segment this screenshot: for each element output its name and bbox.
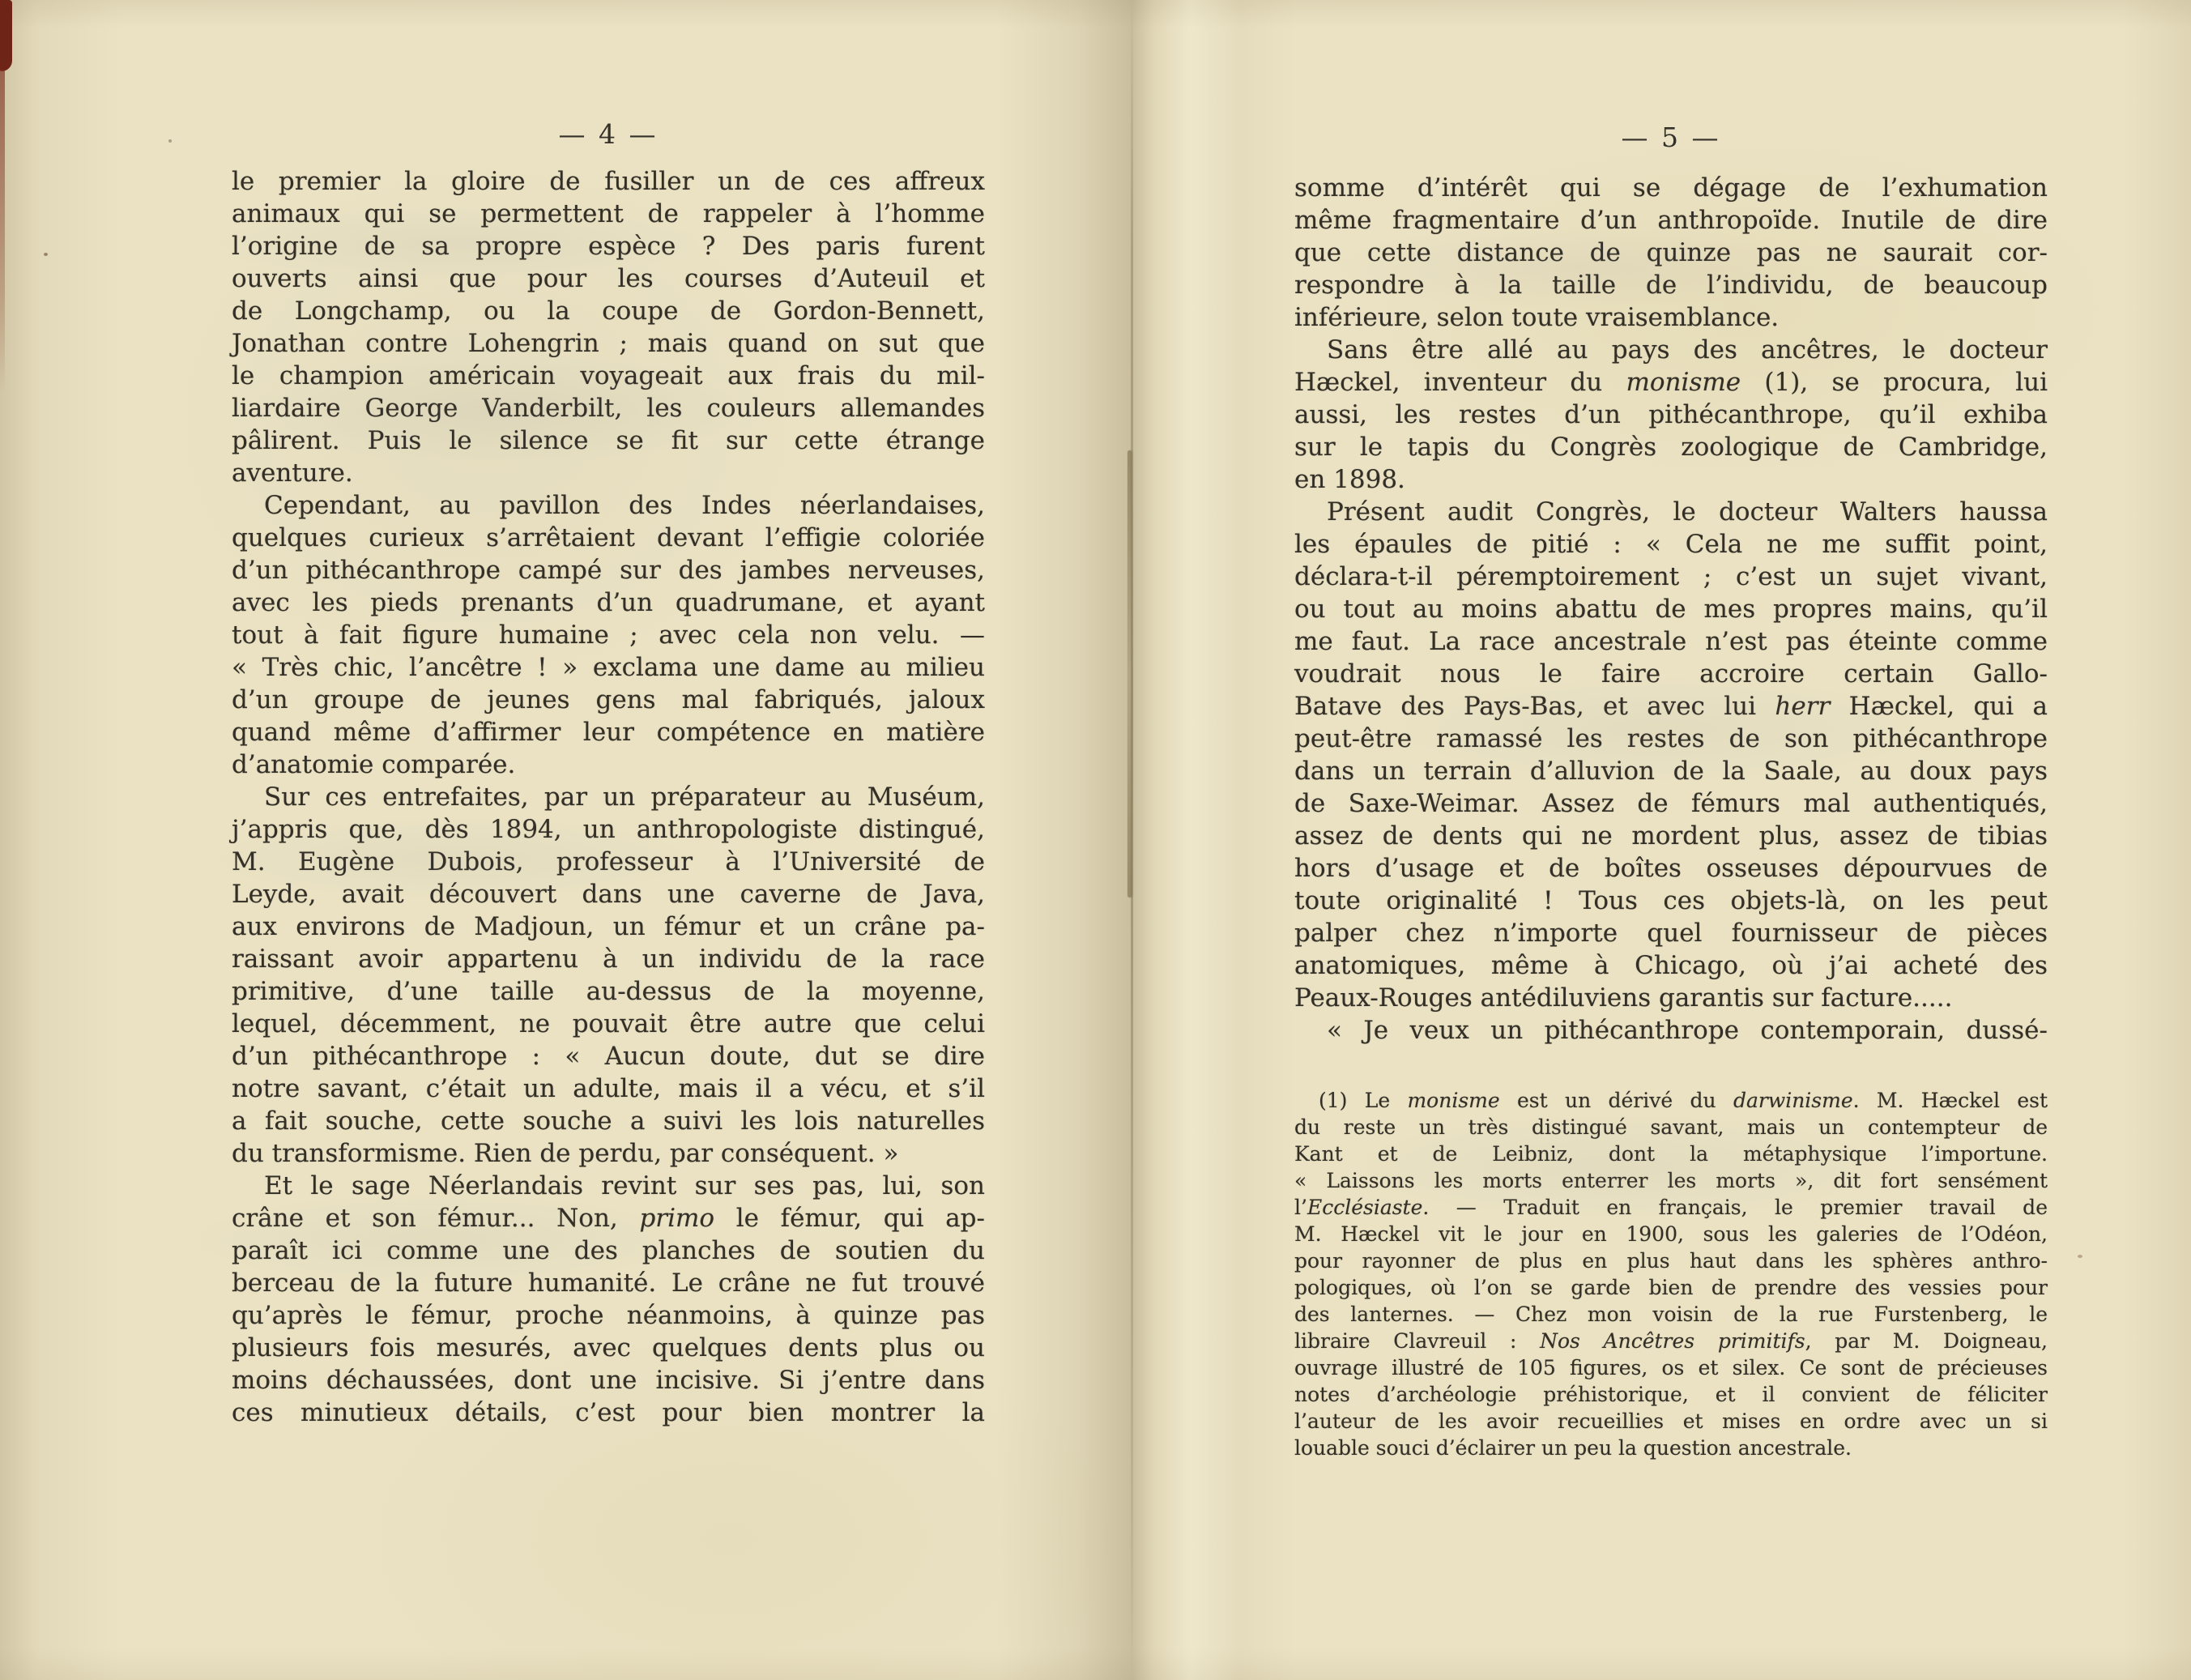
- binding-thread: [1127, 450, 1132, 898]
- text-line: ouverts ainsi que pour les courses d’Aut…: [232, 262, 985, 295]
- page-number-right: — 5 —: [1294, 122, 2048, 153]
- cover-edge-mark: [0, 0, 12, 71]
- footnote: (1) Le monisme est un dérivé du darwinis…: [1294, 1087, 2048, 1461]
- text-line: sur le tapis du Congrès zoologique de Ca…: [1294, 431, 2048, 463]
- page-number-left: — 4 —: [232, 118, 985, 150]
- text-line: Présent audit Congrès, le docteur Walter…: [1294, 496, 2048, 528]
- text-line: a fait souche, cette souche a suivi les …: [232, 1105, 985, 1137]
- text-line: d’anatomie comparée.: [232, 748, 985, 781]
- text-line: raissant avoir appartenu à un individu d…: [232, 943, 985, 975]
- text-line: pour rayonner de plus en plus haut dans …: [1294, 1247, 2048, 1274]
- text-line: du transformisme. Rien de perdu, par con…: [232, 1137, 985, 1170]
- text-line: M. Hæckel vit le jour en 1900, sous les …: [1294, 1221, 2048, 1247]
- text-line: même fragmentaire d’un anthropoïde. Inut…: [1294, 204, 2048, 237]
- text-line: pologiques, où l’on se garde bien de pre…: [1294, 1274, 2048, 1301]
- paragraph: le premier la gloire de fusiller un de c…: [232, 165, 985, 489]
- text-line: lequel, décemment, ne pouvait être autre…: [232, 1008, 985, 1040]
- text-line: Jonathan contre Lohengrin ; mais quand o…: [232, 327, 985, 360]
- text-line: quand même d’affirmer leur compétence en…: [232, 716, 985, 748]
- page-5-text-column: somme d’intérêt qui se dégage de l’exhum…: [1294, 172, 2048, 1047]
- text-line: peut-être ramassé les restes de son pith…: [1294, 723, 2048, 755]
- text-line: d’un pithécanthrope : « Aucun doute, dut…: [232, 1040, 985, 1072]
- text-line: ou tout au moins abattu de mes propres m…: [1294, 593, 2048, 625]
- text-line: des lanternes. — Chez mon voisin de la r…: [1294, 1301, 2048, 1328]
- text-line: les épaules de pitié : « Cela ne me suff…: [1294, 528, 2048, 561]
- text-line: pâlirent. Puis le silence se fit sur cet…: [232, 424, 985, 457]
- text-line: moins déchaussées, dont une incisive. Si…: [232, 1364, 985, 1396]
- paragraph: Présent audit Congrès, le docteur Walter…: [1294, 496, 2048, 1014]
- text-line: somme d’intérêt qui se dégage de l’exhum…: [1294, 172, 2048, 204]
- text-line: libraire Clavreuil : Nos Ancêtres primit…: [1294, 1328, 2048, 1354]
- text-line: d’un pithécanthrope campé sur des jambes…: [232, 554, 985, 586]
- text-line: Sur ces entrefaites, par un préparateur …: [232, 781, 985, 813]
- text-line: dans un terrain d’alluvion de la Saale, …: [1294, 755, 2048, 787]
- paragraph: Sur ces entrefaites, par un préparateur …: [232, 781, 985, 1170]
- text-line: Cependant, au pavillon des Indes néerlan…: [232, 489, 985, 522]
- text-line: le premier la gloire de fusiller un de c…: [232, 165, 985, 198]
- text-line: palper chez n’importe quel fournisseur d…: [1294, 917, 2048, 949]
- text-line: Kant et de Leibniz, dont la métaphysique…: [1294, 1141, 2048, 1167]
- paper-speck: [2078, 1255, 2082, 1258]
- text-line: en 1898.: [1294, 463, 2048, 496]
- paragraph: somme d’intérêt qui se dégage de l’exhum…: [1294, 172, 2048, 334]
- text-line: paraît ici comme une des planches de sou…: [232, 1234, 985, 1267]
- text-line: qu’après le fémur, proche néanmoins, à q…: [232, 1299, 985, 1332]
- text-line: aventure.: [232, 457, 985, 489]
- text-line: berceau de la future humanité. Le crâne …: [232, 1267, 985, 1299]
- text-line: crâne et son fémur... Non, primo le fému…: [232, 1202, 985, 1234]
- text-line: quelques curieux s’arrêtaient devant l’e…: [232, 522, 985, 554]
- text-line: l’auteur de les avoir recueillies et mis…: [1294, 1408, 2048, 1435]
- text-line: respondre à la taille de l’individu, de …: [1294, 269, 2048, 301]
- paragraph: Et le sage Néerlandais revint sur ses pa…: [232, 1170, 985, 1429]
- text-line: Batave des Pays-Bas, et avec lui herr Hæ…: [1294, 690, 2048, 723]
- text-line: Sans être allé au pays des ancêtres, le …: [1294, 334, 2048, 366]
- text-line: l’origine de sa propre espèce ? Des pari…: [232, 230, 985, 262]
- text-line: M. Eugène Dubois, professeur à l’Univers…: [232, 846, 985, 878]
- book-spread: — 4 — le premier la gloire de fusiller u…: [0, 0, 2191, 1680]
- text-line: ces minutieux détails, c’est pour bien m…: [232, 1396, 985, 1429]
- paragraph: Sans être allé au pays des ancêtres, le …: [1294, 334, 2048, 496]
- text-line: inférieure, selon toute vraisemblance.: [1294, 301, 2048, 334]
- text-line: ouvrage illustré de 105 figures, os et s…: [1294, 1354, 2048, 1381]
- text-line: j’appris que, dès 1894, un anthropologis…: [232, 813, 985, 846]
- text-line: de Longchamp, ou la coupe de Gordon-Benn…: [232, 295, 985, 327]
- text-line: hors d’usage et de boîtes osseuses dépou…: [1294, 852, 2048, 885]
- page-4-text-column: le premier la gloire de fusiller un de c…: [232, 165, 985, 1429]
- text-line: plusieurs fois mesurés, avec quelques de…: [232, 1332, 985, 1364]
- paragraph: Cependant, au pavillon des Indes néerlan…: [232, 489, 985, 781]
- text-line: tout à fait figure humaine ; avec cela n…: [232, 619, 985, 651]
- text-line: assez de dents qui ne mordent plus, asse…: [1294, 820, 2048, 852]
- text-line: Hæckel, inventeur du monisme (1), se pro…: [1294, 366, 2048, 399]
- text-line: me faut. La race ancestrale n’est pas ét…: [1294, 625, 2048, 658]
- text-line: louable souci d’éclairer un peu la quest…: [1294, 1435, 2048, 1461]
- text-line: que cette distance de quinze pas ne saur…: [1294, 237, 2048, 269]
- text-line: notre savant, c’était un adulte, mais il…: [232, 1072, 985, 1105]
- text-line: « Très chic, l’ancêtre ! » exclama une d…: [232, 651, 985, 684]
- text-line: animaux qui se permettent de rappeler à …: [232, 198, 985, 230]
- text-line: Et le sage Néerlandais revint sur ses pa…: [232, 1170, 985, 1202]
- text-line: déclara-t-il péremptoirement ; c’est un …: [1294, 561, 2048, 593]
- text-line: du reste un très distingué savant, mais …: [1294, 1114, 2048, 1141]
- text-line: « Je veux un pithécanthrope contemporain…: [1294, 1014, 2048, 1047]
- text-line: notes d’archéologie préhistorique, et il…: [1294, 1381, 2048, 1408]
- paragraph: (1) Le monisme est un dérivé du darwinis…: [1294, 1087, 2048, 1461]
- text-line: le champion américain voyageait aux frai…: [232, 360, 985, 392]
- paper-speck: [44, 253, 48, 256]
- text-line: voudrait nous le faire accroire certain …: [1294, 658, 2048, 690]
- text-line: aussi, les restes d’un pithécanthrope, q…: [1294, 399, 2048, 431]
- text-line: toute originalité ! Tous ces objets-là, …: [1294, 885, 2048, 917]
- text-line: primitive, d’une taille au-dessus de la …: [232, 975, 985, 1008]
- paragraph: « Je veux un pithécanthrope contemporain…: [1294, 1014, 2048, 1047]
- text-line: d’un groupe de jeunes gens mal fabriqués…: [232, 684, 985, 716]
- text-line: aux environs de Madjoun, un fémur et un …: [232, 910, 985, 943]
- text-line: (1) Le monisme est un dérivé du darwinis…: [1294, 1087, 2048, 1114]
- text-line: Peaux-Rouges antédiluviens garantis sur …: [1294, 982, 2048, 1014]
- text-line: de Saxe-Weimar. Assez de fémurs mal auth…: [1294, 787, 2048, 820]
- text-line: avec les pieds prenants d’un quadrumane,…: [232, 586, 985, 619]
- text-line: Leyde, avait découvert dans une caverne …: [232, 878, 985, 910]
- paper-speck: [168, 139, 172, 143]
- text-line: liardaire George Vanderbilt, les couleur…: [232, 392, 985, 424]
- text-line: anatomiques, même à Chicago, où j’ai ach…: [1294, 949, 2048, 982]
- cover-edge-line: [0, 70, 5, 394]
- text-line: « Laissons les morts enterrer les morts …: [1294, 1167, 2048, 1194]
- text-line: l’Ecclésiaste. — Traduit en français, le…: [1294, 1194, 2048, 1221]
